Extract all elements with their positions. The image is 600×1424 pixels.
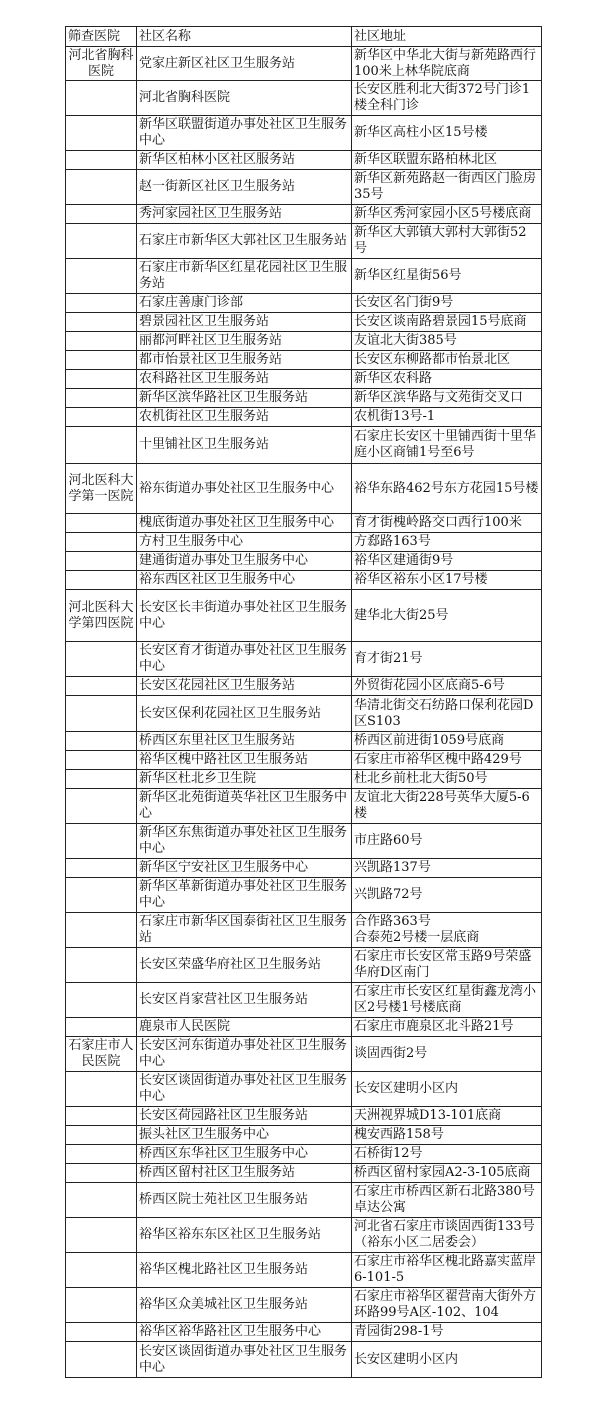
community-name-cell: 新华区革新街道办事处社区卫生服务中心 [137, 878, 352, 913]
table-row: 赵一街新区社区卫生服务站新华区新苑路赵一街西区门脸房35号 [66, 170, 542, 205]
community-name-cell: 丽都河畔社区卫生服务站 [137, 332, 352, 351]
table-row: 新华区革新街道办事处社区卫生服务中心兴凯路72号 [66, 878, 542, 913]
community-name-cell: 裕华区裕华路社区卫生服务中心 [137, 1323, 352, 1342]
community-address-cell: 友谊北大街228号英华大厦5-6楼 [352, 789, 542, 824]
table-row: 桥西区东里社区卫生服务站桥西区前进街1059号底商 [66, 732, 542, 751]
table-row: 新华区滨华路社区卫生服务站新华区滨华路与文苑街交叉口 [66, 389, 542, 408]
community-name-cell: 赵一街新区社区卫生服务站 [137, 170, 352, 205]
table-row: 裕华区裕东东区社区卫生服务站河北省石家庄市谈固西街133号（裕东小区二居委会） [66, 1218, 542, 1253]
community-address-cell: 长安区胜利北大街372号门诊1楼全科门诊 [352, 81, 542, 116]
community-name-cell: 农科路社区卫生服务站 [137, 370, 352, 389]
community-address-cell: 槐安西路158号 [352, 1126, 542, 1145]
table-row: 长安区谈固街道办事处社区卫生服务中心长安区建明小区内 [66, 1342, 542, 1378]
community-address-cell: 农机街13号-1 [352, 408, 542, 427]
community-address-cell: 建华北大街25号 [352, 590, 542, 642]
community-address-cell: 兴凯路72号 [352, 878, 542, 913]
community-name-cell: 党家庄新区社区卫生服务站 [137, 47, 352, 81]
table-row: 河北省胸科医院党家庄新区社区卫生服务站新华区中华北大街与新苑路西行100米上林华… [66, 47, 542, 81]
community-name-cell: 长安区荣盛华府社区卫生服务站 [137, 948, 352, 983]
community-name-cell: 裕华区众美城社区卫生服务站 [137, 1288, 352, 1323]
table-row: 河北医科大学第一医院裕东街道办事处社区卫生服务中心裕华东路462号东方花园15号… [66, 464, 542, 514]
community-address-cell: 裕华区建通街9号 [352, 552, 542, 571]
screening-hospital-cell [66, 1145, 137, 1164]
table-row: 石家庄市新华区红星花园社区卫生服务站新华区红星街56号 [66, 259, 542, 294]
screening-hospital-cell [66, 351, 137, 370]
table-row: 长安区荣盛华府社区卫生服务站石家庄市长安区常玉路9号荣盛华府D区南门 [66, 948, 542, 983]
table-row: 新华区柏林小区社区服务站新华区联盟东路柏林北区 [66, 151, 542, 170]
table-row: 石家庄善康门诊部长安区名门街9号 [66, 294, 542, 313]
screening-hospital-cell [66, 1342, 137, 1378]
community-address-cell: 新华区高柱小区15号楼 [352, 116, 542, 151]
screening-hospital-cell: 河北省胸科医院 [66, 47, 137, 81]
screening-hospital-cell [66, 878, 137, 913]
community-address-cell: 石桥街12号 [352, 1145, 542, 1164]
community-address-cell: 兴凯路137号 [352, 859, 542, 878]
table-row: 长安区谈固街道办事处社区卫生服务中心长安区建明小区内 [66, 1072, 542, 1107]
community-name-cell: 新华区东焦街道办事处社区卫生服务中心 [137, 824, 352, 859]
table-row: 裕华区众美城社区卫生服务站石家庄市裕华区翟营南大街外方环路99号A区-102、1… [66, 1288, 542, 1323]
screening-hospital-cell [66, 1107, 137, 1126]
community-name-cell: 长安区河东街道办事处社区卫生服务中心 [137, 1037, 352, 1072]
community-name-cell: 秀河家园社区卫生服务站 [137, 205, 352, 224]
community-address-cell: 石家庄市裕华区翟营南大街外方环路99号A区-102、104 [352, 1288, 542, 1323]
screening-hospital-cell [66, 1288, 137, 1323]
screening-hospital-cell [66, 1018, 137, 1037]
screening-hospital-cell [66, 789, 137, 824]
table-row: 槐底街道办事处社区卫生服务中心育才街槐岭路交口西行100米 [66, 514, 542, 533]
community-address-cell: 外贸街花园小区底商5-6号 [352, 677, 542, 696]
community-address-cell: 华清北街交石纺路口保利花园D区S103 [352, 696, 542, 732]
screening-hospital-cell [66, 1183, 137, 1218]
community-address-cell: 青园街298-1号 [352, 1323, 542, 1342]
community-name-cell: 长安区育才街道办事处社区卫生服务中心 [137, 642, 352, 677]
screening-hospital-cell [66, 1253, 137, 1288]
community-address-cell: 石家庄长安区十里铺西街十里华庭小区商铺1号至6号 [352, 427, 542, 464]
screening-hospital-cell [66, 751, 137, 770]
table-row: 裕华区裕华路社区卫生服务中心青园街298-1号 [66, 1323, 542, 1342]
table-row: 长安区育才街道办事处社区卫生服务中心育才街21号 [66, 642, 542, 677]
community-address-cell: 石家庄市长安区红星街鑫龙湾小区2号楼1号楼底商 [352, 983, 542, 1018]
community-name-cell: 裕华区槐中路社区卫生服务站 [137, 751, 352, 770]
community-name-cell: 长安区保利花园社区卫生服务站 [137, 696, 352, 732]
community-address-cell: 谈固西街2号 [352, 1037, 542, 1072]
community-address-cell: 友谊北大街385号 [352, 332, 542, 351]
community-name-cell: 新华区宁安社区卫生服务中心 [137, 859, 352, 878]
screening-hospital-cell [66, 332, 137, 351]
screening-hospital-cell [66, 642, 137, 677]
community-name-cell: 石家庄善康门诊部 [137, 294, 352, 313]
screening-hospital-cell [66, 427, 137, 464]
community-name-cell: 都市怡景社区卫生服务站 [137, 351, 352, 370]
community-address-cell: 长安区名门街9号 [352, 294, 542, 313]
screening-hospital-cell [66, 533, 137, 552]
table-row: 河北省胸科医院长安区胜利北大街372号门诊1楼全科门诊 [66, 81, 542, 116]
table-row: 桥西区院士苑社区卫生服务站石家庄市桥西区新石北路380号卓达公寓 [66, 1183, 542, 1218]
community-name-cell: 河北省胸科医院 [137, 81, 352, 116]
community-name-cell: 方村卫生服务中心 [137, 533, 352, 552]
screening-hospital-cell [66, 224, 137, 259]
screening-hospital-cell [66, 205, 137, 224]
community-name-cell: 农机街社区卫生服务站 [137, 408, 352, 427]
community-name-cell: 石家庄市新华区红星花园社区卫生服务站 [137, 259, 352, 294]
community-address-cell: 育才街21号 [352, 642, 542, 677]
screening-hospital-cell [66, 389, 137, 408]
screening-hospital-cell [66, 948, 137, 983]
community-name-cell: 十里铺社区卫生服务站 [137, 427, 352, 464]
community-name-cell: 石家庄市新华区国泰街社区卫生服务站 [137, 913, 352, 948]
header-screening-hospital: 筛查医院 [66, 27, 137, 47]
table-row: 石家庄市人民医院长安区河东街道办事处社区卫生服务中心谈固西街2号 [66, 1037, 542, 1072]
community-address-cell: 石家庄市长安区常玉路9号荣盛华府D区南门 [352, 948, 542, 983]
community-address-cell: 长安区东柳路都市怡景北区 [352, 351, 542, 370]
screening-hospital-cell [66, 1218, 137, 1253]
table-row: 十里铺社区卫生服务站石家庄长安区十里铺西街十里华庭小区商铺1号至6号 [66, 427, 542, 464]
community-address-cell: 合作路363号合泰苑2号楼一层底商 [352, 913, 542, 948]
community-address-cell: 长安区建明小区内 [352, 1342, 542, 1378]
table-row: 石家庄市新华区国泰街社区卫生服务站合作路363号合泰苑2号楼一层底商 [66, 913, 542, 948]
screening-hospital-cell [66, 151, 137, 170]
table-row: 长安区花园社区卫生服务站外贸街花园小区底商5-6号 [66, 677, 542, 696]
table-row: 农科路社区卫生服务站新华区农科路 [66, 370, 542, 389]
community-address-cell: 裕华东路462号东方花园15号楼 [352, 464, 542, 514]
community-name-cell: 鹿泉市人民医院 [137, 1018, 352, 1037]
screening-hospital-cell: 石家庄市人民医院 [66, 1037, 137, 1072]
screening-hospital-cell: 河北医科大学第一医院 [66, 464, 137, 514]
community-address-cell: 石家庄市裕华区槐北路嘉实蓝岸6-101-5 [352, 1253, 542, 1288]
community-name-cell: 桥西区东里社区卫生服务站 [137, 732, 352, 751]
community-address-cell: 新华区秀河家园小区5号楼底商 [352, 205, 542, 224]
table-row: 长安区荷园路社区卫生服务站天洲视界城D13-101底商 [66, 1107, 542, 1126]
community-address-cell: 新华区红星街56号 [352, 259, 542, 294]
screening-hospital-cell [66, 514, 137, 533]
table-row: 振头社区卫生服务中心槐安西路158号 [66, 1126, 542, 1145]
community-name-cell: 长安区荷园路社区卫生服务站 [137, 1107, 352, 1126]
table-row: 长安区保利花园社区卫生服务站华清北街交石纺路口保利花园D区S103 [66, 696, 542, 732]
community-name-cell: 桥西区院士苑社区卫生服务站 [137, 1183, 352, 1218]
community-name-cell: 长安区肖家营社区卫生服务站 [137, 983, 352, 1018]
screening-hospital-cell [66, 81, 137, 116]
table-row: 裕华区槐中路社区卫生服务站石家庄市裕华区槐中路429号 [66, 751, 542, 770]
community-address-cell: 新华区中华北大街与新苑路西行100米上林华院底商 [352, 47, 542, 81]
community-address-cell: 裕华区裕东小区17号楼 [352, 571, 542, 590]
community-address-cell: 市庄路60号 [352, 824, 542, 859]
community-name-cell: 长安区花园社区卫生服务站 [137, 677, 352, 696]
table-row: 新华区北苑街道英华社区卫生服务中心友谊北大街228号英华大厦5-6楼 [66, 789, 542, 824]
screening-hospital-cell [66, 116, 137, 151]
community-name-cell: 长安区谈固街道办事处社区卫生服务中心 [137, 1342, 352, 1378]
community-name-cell: 振头社区卫生服务中心 [137, 1126, 352, 1145]
community-name-cell: 桥西区东华社区卫生服务中心 [137, 1145, 352, 1164]
screening-hospital-cell [66, 696, 137, 732]
screening-hospital-cell [66, 408, 137, 427]
screening-hospital-cell [66, 571, 137, 590]
table-row: 新华区联盟街道办事处社区卫生服务中心新华区高柱小区15号楼 [66, 116, 542, 151]
community-name-cell: 石家庄市新华区大郭社区卫生服务站 [137, 224, 352, 259]
community-address-cell: 桥西区前进街1059号底商 [352, 732, 542, 751]
community-name-cell: 新华区联盟街道办事处社区卫生服务中心 [137, 116, 352, 151]
table-row: 河北医科大学第四医院长安区长丰街道办事处社区卫生服务中心建华北大街25号 [66, 590, 542, 642]
table-header-row: 筛查医院 社区名称 社区地址 [66, 27, 542, 47]
screening-hospital-cell [66, 983, 137, 1018]
screening-hospital-cell [66, 552, 137, 571]
table-row: 石家庄市新华区大郭社区卫生服务站新华区大郭镇大郭村大郭街52号 [66, 224, 542, 259]
community-screening-table: 筛查医院 社区名称 社区地址 河北省胸科医院党家庄新区社区卫生服务站新华区中华北… [65, 26, 542, 1378]
screening-hospital-cell [66, 824, 137, 859]
community-name-cell: 新华区北苑街道英华社区卫生服务中心 [137, 789, 352, 824]
community-name-cell: 长安区长丰街道办事处社区卫生服务中心 [137, 590, 352, 642]
screening-hospital-cell [66, 1072, 137, 1107]
screening-hospital-cell [66, 859, 137, 878]
table-body: 河北省胸科医院党家庄新区社区卫生服务站新华区中华北大街与新苑路西行100米上林华… [66, 47, 542, 1378]
table-row: 丽都河畔社区卫生服务站友谊北大街385号 [66, 332, 542, 351]
community-address-cell: 新华区新苑路赵一街西区门脸房35号 [352, 170, 542, 205]
screening-hospital-cell [66, 913, 137, 948]
community-address-cell: 长安区建明小区内 [352, 1072, 542, 1107]
community-name-cell: 裕东西区社区卫生服务中心 [137, 571, 352, 590]
table-row: 碧景园社区卫生服务站长安区谈南路碧景园15号底商 [66, 313, 542, 332]
table-row: 裕华区槐北路社区卫生服务站石家庄市裕华区槐北路嘉实蓝岸6-101-5 [66, 1253, 542, 1288]
header-community-address: 社区地址 [352, 27, 542, 47]
table-row: 新华区杜北乡卫生院杜北乡前杜北大街50号 [66, 770, 542, 789]
table-row: 裕东西区社区卫生服务中心裕华区裕东小区17号楼 [66, 571, 542, 590]
screening-hospital-cell [66, 170, 137, 205]
community-name-cell: 新华区滨华路社区卫生服务站 [137, 389, 352, 408]
screening-hospital-cell [66, 1323, 137, 1342]
screening-hospital-cell: 河北医科大学第四医院 [66, 590, 137, 642]
table-row: 鹿泉市人民医院石家庄市鹿泉区北斗路21号 [66, 1018, 542, 1037]
community-name-cell: 裕华区槐北路社区卫生服务站 [137, 1253, 352, 1288]
community-address-cell: 长安区谈南路碧景园15号底商 [352, 313, 542, 332]
community-name-cell: 裕东街道办事处社区卫生服务中心 [137, 464, 352, 514]
table-row: 农机街社区卫生服务站农机街13号-1 [66, 408, 542, 427]
community-address-cell: 桥西区留村家园A2-3-105底商 [352, 1164, 542, 1183]
community-name-cell: 新华区柏林小区社区服务站 [137, 151, 352, 170]
table-row: 桥西区留村社区卫生服务站桥西区留村家园A2-3-105底商 [66, 1164, 542, 1183]
community-address-cell: 育才街槐岭路交口西行100米 [352, 514, 542, 533]
community-address-cell: 天洲视界城D13-101底商 [352, 1107, 542, 1126]
table-row: 桥西区东华社区卫生服务中心石桥街12号 [66, 1145, 542, 1164]
screening-hospital-cell [66, 294, 137, 313]
community-address-cell: 石家庄市桥西区新石北路380号卓达公寓 [352, 1183, 542, 1218]
community-address-cell: 新华区农科路 [352, 370, 542, 389]
screening-hospital-cell [66, 732, 137, 751]
community-name-cell: 槐底街道办事处社区卫生服务中心 [137, 514, 352, 533]
screening-hospital-cell [66, 1126, 137, 1145]
table-row: 秀河家园社区卫生服务站新华区秀河家园小区5号楼底商 [66, 205, 542, 224]
community-name-cell: 长安区谈固街道办事处社区卫生服务中心 [137, 1072, 352, 1107]
community-address-cell: 新华区滨华路与文苑街交叉口 [352, 389, 542, 408]
table-row: 都市怡景社区卫生服务站长安区东柳路都市怡景北区 [66, 351, 542, 370]
screening-hospital-cell [66, 259, 137, 294]
community-name-cell: 新华区杜北乡卫生院 [137, 770, 352, 789]
screening-hospital-cell [66, 677, 137, 696]
table-row: 建通街道办事处卫生服务中心裕华区建通街9号 [66, 552, 542, 571]
community-address-cell: 杜北乡前杜北大街50号 [352, 770, 542, 789]
table-row: 长安区肖家营社区卫生服务站石家庄市长安区红星街鑫龙湾小区2号楼1号楼底商 [66, 983, 542, 1018]
table-row: 方村卫生服务中心方郄路163号 [66, 533, 542, 552]
community-address-cell: 石家庄市裕华区槐中路429号 [352, 751, 542, 770]
screening-hospital-cell [66, 1164, 137, 1183]
community-address-cell: 石家庄市鹿泉区北斗路21号 [352, 1018, 542, 1037]
community-name-cell: 桥西区留村社区卫生服务站 [137, 1164, 352, 1183]
community-name-cell: 裕华区裕东东区社区卫生服务站 [137, 1218, 352, 1253]
screening-hospital-cell [66, 313, 137, 332]
community-address-cell: 河北省石家庄市谈固西街133号（裕东小区二居委会） [352, 1218, 542, 1253]
table-row: 新华区宁安社区卫生服务中心兴凯路137号 [66, 859, 542, 878]
community-address-cell: 方郄路163号 [352, 533, 542, 552]
screening-hospital-cell [66, 770, 137, 789]
community-name-cell: 建通街道办事处卫生服务中心 [137, 552, 352, 571]
community-name-cell: 碧景园社区卫生服务站 [137, 313, 352, 332]
screening-hospital-cell [66, 370, 137, 389]
community-address-cell: 新华区联盟东路柏林北区 [352, 151, 542, 170]
table-row: 新华区东焦街道办事处社区卫生服务中心市庄路60号 [66, 824, 542, 859]
header-community-name: 社区名称 [137, 27, 352, 47]
community-address-cell: 新华区大郭镇大郭村大郭街52号 [352, 224, 542, 259]
